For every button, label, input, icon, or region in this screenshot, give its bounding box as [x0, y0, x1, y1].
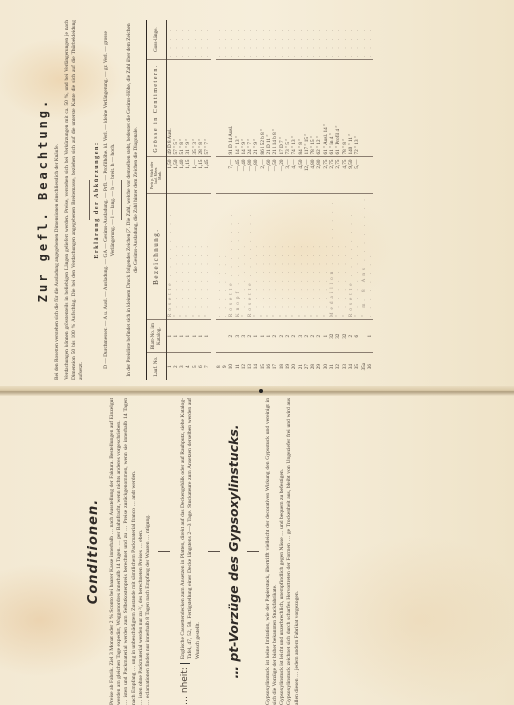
cell-lauf-no: 1	[166, 353, 173, 380]
col-lauf-no: Lauf. No.	[147, 353, 167, 380]
col-bezeichnung: Bezeichnung.	[147, 194, 167, 320]
divider	[121, 180, 122, 220]
conditions-title: Conditionen.	[86, 398, 101, 705]
separator	[247, 398, 259, 705]
symbol-note: In der Preisliste befindet sich in klein…	[126, 20, 140, 380]
cell-lauf-no: 36	[367, 353, 373, 380]
conditions-paragraph: … eclamationen finden nur innerhalb 8 Ta…	[145, 398, 152, 705]
col-preis-label: Preis p. Stück oder lauf. Meter.	[150, 162, 158, 189]
cell-preis: 1,50	[166, 157, 173, 194]
abbreviations-text: D — Durchmesser. — A u. Ausl. — Ausladun…	[103, 20, 117, 380]
vorzuege-paragraph: Gypsoxylinstuck ist keine Imitation, wie…	[265, 398, 279, 705]
cell-gusslaenge: . . . .	[367, 20, 373, 60]
price-table: Lauf. No. Blatt-No. im Katalog. Bezeichn…	[146, 20, 373, 380]
divider	[89, 180, 90, 220]
cell-bezeichnung: Rosette . . . . . . . .	[166, 194, 173, 320]
page-fold	[0, 386, 514, 396]
separator	[208, 398, 220, 705]
cell-gusslaenge: . . . .	[166, 20, 173, 60]
staple-hole	[259, 389, 263, 393]
col-preis-unit: Mark.	[158, 171, 162, 180]
neuheit-text: Englische Cassettendecken zum Ansetzen i…	[180, 398, 202, 659]
price-list-title: Zur gefl. Beachtung.	[36, 20, 50, 380]
conditions-paragraph: … isten und Packmaterial werden zum Selb…	[123, 398, 137, 705]
neuheit-block: … nheit: Englische Cassettendecken zum A…	[180, 398, 202, 705]
cell-blatt-no: 1	[367, 320, 373, 353]
cell-blatt-no: 1	[166, 320, 173, 353]
cell-groesse	[367, 60, 373, 157]
verdachungen-text: Verdachungen können grösstenteils in bel…	[64, 20, 85, 380]
intro-text: Bei den Rosetten verstehen sich die für …	[54, 20, 61, 380]
table-header-row: Lauf. No. Blatt-No. im Katalog. Bezeichn…	[147, 20, 167, 380]
conditions-paragraph: Preise ab Fabrik. Ziel 3 Monat oder 2 % …	[109, 398, 123, 705]
table-row: 361. . . . . . . .. . . .	[367, 20, 373, 380]
cell-preis	[367, 157, 373, 194]
cell-bezeichnung: Rosette . . . . . . . .	[228, 194, 234, 320]
table-row: 11Rosette . . . . . . . .1,5049 D 8 Ausl…	[166, 20, 173, 380]
cell-groesse: 49 D 8 Ausl.	[166, 60, 173, 157]
vorzuege-title: … pt-Vorzüge des Gypsoxylinstucks.	[226, 398, 241, 705]
conditions-page: Conditionen. Preise ab Fabrik. Ziel 3 Mo…	[80, 398, 514, 705]
neuheit-label: … nheit:	[180, 663, 190, 705]
col-preis: Preis p. Stück oder lauf. Meter.Mark.	[147, 157, 167, 194]
vorzuege-paragraph: Gypsoxylinstuck zeichnet sich durch scha…	[286, 398, 300, 705]
col-blatt-no: Blatt-No. im Katalog.	[147, 320, 167, 353]
conditions-paragraph: … isten ohne Packmaterial werden nur zu …	[138, 398, 145, 705]
cell-bezeichnung: . . . . . . . .	[367, 194, 373, 320]
abbreviations-title: Erklärung der Abkürzungen:	[94, 20, 100, 380]
col-groesse: Grösse in Centimetern.	[147, 60, 167, 157]
col-gusslaenge: Guss-länge.	[147, 20, 167, 60]
cell-bezeichnung: " m. 8 Ans . . . . . . . .	[361, 194, 367, 320]
price-list-page: Zur gefl. Beachtung. Bei den Rosetten ve…	[30, 20, 514, 380]
separator	[158, 398, 170, 705]
